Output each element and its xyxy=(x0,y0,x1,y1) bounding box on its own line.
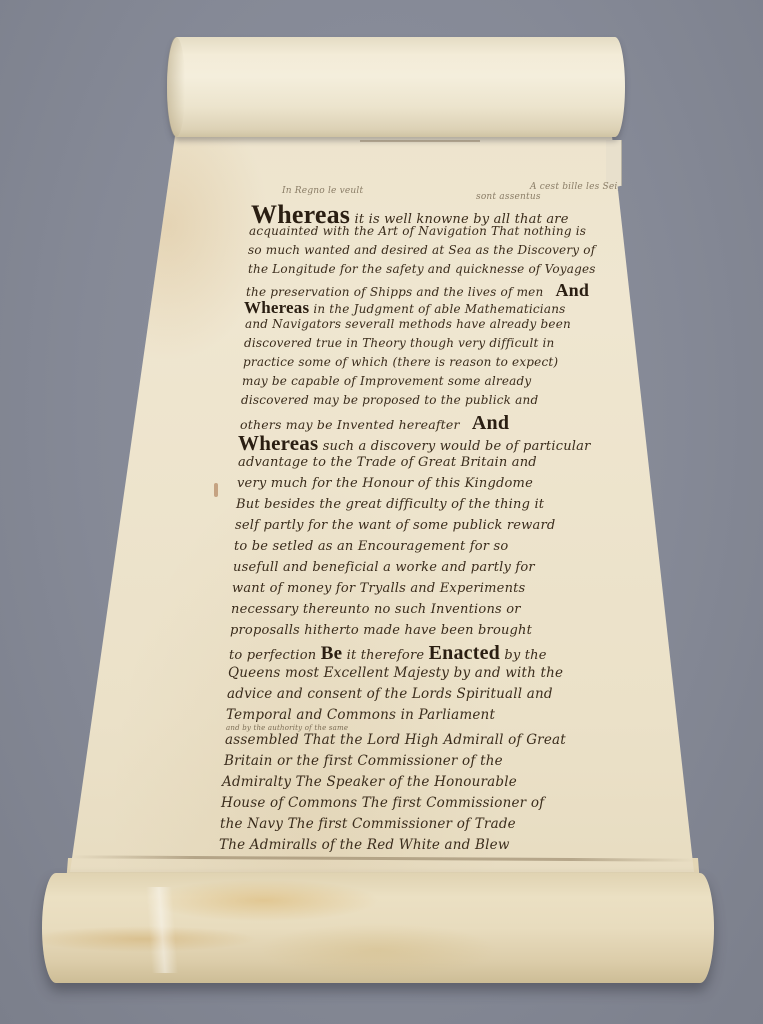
line-text: such a discovery would be of particular xyxy=(323,439,591,454)
line-text: others may be Invented hereafter xyxy=(240,417,460,432)
manuscript-line: may be capable of Improvement some alrea… xyxy=(242,374,531,388)
manuscript-line: discovered may be proposed to the public… xyxy=(241,393,538,407)
line-text: in the Judgment of able Mathematicians xyxy=(313,302,565,316)
manuscript-line: discovered true in Theory though very di… xyxy=(244,336,554,350)
manuscript-line: so much wanted and desired at Sea as the… xyxy=(248,243,595,257)
word-whereas: Whereas xyxy=(238,431,318,455)
annotation-top-left: In Regno le veult xyxy=(282,186,363,196)
word-and: And xyxy=(555,280,589,300)
top-roller xyxy=(167,37,625,137)
manuscript-line: to be setled as an Encouragement for so xyxy=(234,539,508,554)
roller-seam xyxy=(126,887,197,973)
annotation-top-right-1: A cest bille les Seigneurs xyxy=(530,182,650,192)
manuscript-line: practice some of which (there is reason … xyxy=(243,355,558,369)
bottom-roller xyxy=(42,873,714,983)
manuscript-line: Whereas in the Judgment of able Mathemat… xyxy=(244,298,565,318)
manuscript-line: Whereas such a discovery would be of par… xyxy=(238,431,591,456)
manuscript-line: acquainted with the Art of Navigation Th… xyxy=(249,224,586,238)
manuscript-line: want of money for Tryalls and Experiment… xyxy=(232,581,525,596)
manuscript-line: necessary thereunto no such Inventions o… xyxy=(231,602,521,617)
word-whereas: Whereas xyxy=(244,298,309,317)
manuscript-line: advantage to the Trade of Great Britain … xyxy=(238,455,537,470)
line-text: the preservation of Shipps and the lives… xyxy=(246,285,543,299)
manuscript-line: proposalls hitherto made have been broug… xyxy=(230,623,532,638)
manuscript-line: and Navigators severall methods have alr… xyxy=(245,317,571,331)
manuscript-line: But besides the great difficulty of the … xyxy=(236,497,544,512)
scroll-scene: In Regno le veult A cest bille les Seign… xyxy=(0,0,763,1024)
manuscript-line: very much for the Honour of this Kingdom… xyxy=(237,476,533,491)
manuscript-line: the Longitude for the safety and quickne… xyxy=(248,262,596,276)
manuscript-line: self partly for the want of some publick… xyxy=(235,518,555,533)
manuscript-line: usefull and beneficial a worke and partl… xyxy=(233,560,535,575)
